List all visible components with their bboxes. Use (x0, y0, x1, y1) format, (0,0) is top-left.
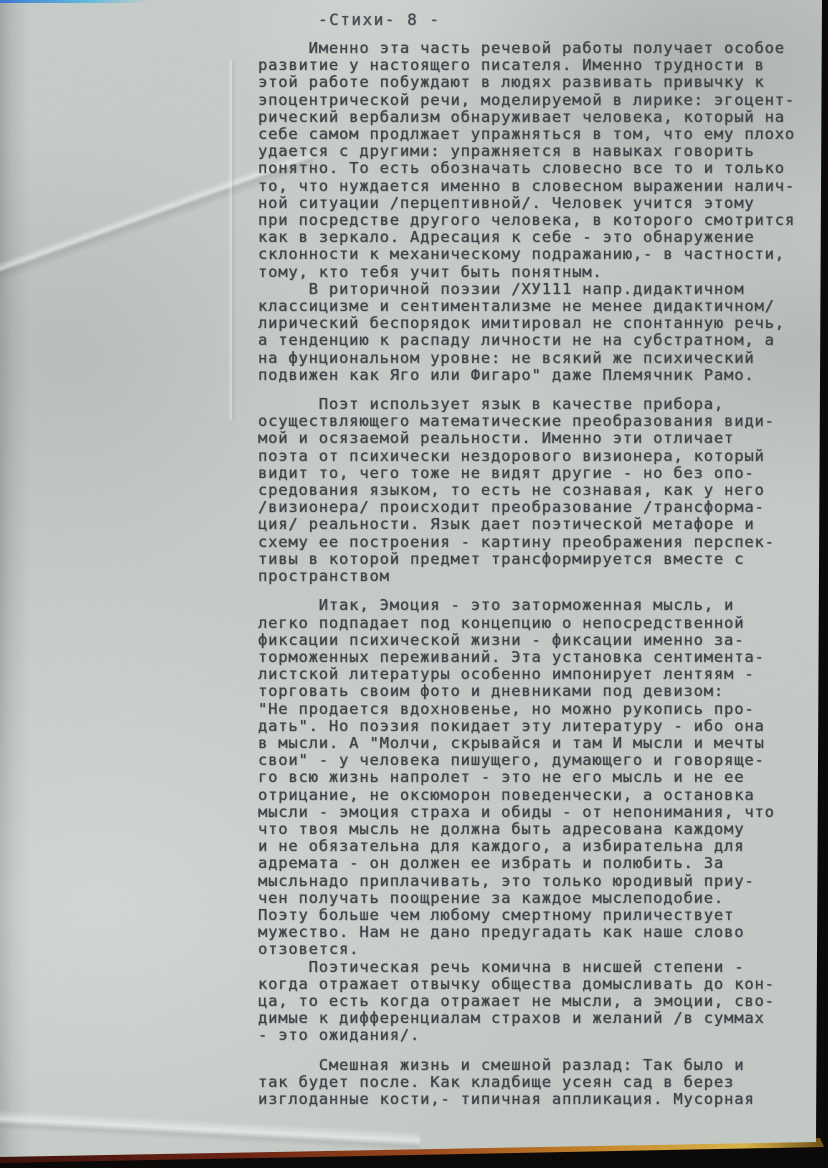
text-line: отзовется. (258, 941, 828, 958)
text-line: "Не продается вдохновенье, но можно руко… (258, 701, 828, 718)
scan-artifact (0, 0, 150, 3)
text-line: свои" - у человека пишущего, думающего и… (258, 752, 828, 769)
text-line: чен получать поощрение за каждое мыслепо… (258, 890, 828, 907)
text-line: мой и осязаемой реальности. Именно эти о… (258, 430, 828, 447)
text-line: Именно эта часть речевой работы получает… (258, 40, 828, 57)
text-line: этой работе побуждают в людях развивать … (258, 74, 828, 91)
text-line: Поэту больше чем любому смертному прилич… (258, 907, 828, 924)
text-line: как в зеркало. Адресация к себе - это об… (258, 229, 828, 246)
text-line: осуществляющего математические преобразо… (258, 413, 828, 430)
text-line: эпоцентрической речи, моделируемой в лир… (258, 92, 828, 109)
paragraph: Смешная жизнь и смешной разлад: Так было… (258, 1057, 828, 1109)
text-line: ца, то есть когда отражает не мысли, а э… (258, 993, 828, 1010)
text-line: Итак, Эмоция - это заторможенная мысль, … (258, 597, 828, 614)
text-line: при посредстве другого человека, в котор… (258, 212, 828, 229)
text-line: поэта от психически нездорового визионер… (258, 448, 828, 465)
text-line: торможенных переживаний. Эта установка с… (258, 649, 828, 666)
text-line: и не обязательна для каждого, а избирате… (258, 838, 828, 855)
text-line: /визионера/ происходит преобразование /т… (258, 499, 828, 516)
paragraph: В риторичной поэзии /ХУ111 напр.дидактич… (258, 281, 828, 384)
text-line: классицизме и сентиментализме не менее д… (258, 298, 828, 315)
text-line: Смешная жизнь и смешной разлад: Так было… (258, 1057, 828, 1074)
text-line: димые к дифференциалам страхов и желаний… (258, 1010, 828, 1027)
text-line: удается с другими: упражняется в навыках… (258, 143, 828, 160)
text-line: пространством (258, 568, 828, 585)
text-line: на фунциональном уровне: не всякий же пс… (258, 350, 828, 367)
text-line: лирический беспорядок имитировал не спон… (258, 315, 828, 332)
document-body: Именно эта часть речевой работы получает… (258, 40, 828, 1108)
paragraph: Итак, Эмоция - это заторможенная мысль, … (258, 597, 828, 958)
text-line: развитие у настоящего писателя. Именно т… (258, 57, 828, 74)
paragraph: Поэт использует язык в качестве прибора,… (258, 396, 828, 585)
text-line: листской литературы особенно импонирует … (258, 666, 828, 683)
text-line: торговать своим фото и дневниками под де… (258, 683, 828, 700)
text-line: когда отражает отвычку общества домыслив… (258, 976, 828, 993)
paragraph: Именно эта часть речевой работы получает… (258, 40, 828, 281)
text-line: В риторичной поэзии /ХУ111 напр.дидактич… (258, 281, 828, 298)
text-line: мысльнадо приплачивать, это только юроди… (258, 873, 828, 890)
text-line: тому, кто тебя учит быть понятным. (258, 264, 828, 281)
text-line: в мысли. А "Молчи, скрывайся и там И мыс… (258, 735, 828, 752)
text-line: ной ситуации /перцептивной/. Человек учи… (258, 195, 828, 212)
text-line: адремата - он должен ее избрать и полюби… (258, 855, 828, 872)
paper-fold-line (228, 60, 236, 420)
text-line: схему ее построения - картину преображен… (258, 534, 828, 551)
paragraph: Поэтическая речь комична в нисшей степен… (258, 959, 828, 1045)
text-line: то, что нуждается именно в словесном выр… (258, 178, 828, 195)
text-line: подвижен как Яго или Фигаро" даже Племяч… (258, 367, 828, 384)
text-line: средования языком, то есть не сознавая, … (258, 482, 828, 499)
text-line: Поэтическая речь комична в нисшей степен… (258, 959, 828, 976)
text-line: мужество. Нам не дано предугадать как на… (258, 924, 828, 941)
scanned-page: -Стихи- 8 - Именно эта часть речевой раб… (0, 0, 828, 1168)
text-line: склонности к механическому подражанию,- … (258, 246, 828, 263)
text-line: го всю жизнь напролет - это не его мысль… (258, 769, 828, 786)
text-line: так будет после. Как кладбище усеян сад … (258, 1074, 828, 1091)
text-line: дать". Но поэзия покидает эту литературу… (258, 718, 828, 735)
text-line: Поэт использует язык в качестве прибора, (258, 396, 828, 413)
text-line: отрицание, не оксюморон поведенчески, а … (258, 787, 828, 804)
text-line: ция/ реальности. Язык дает поэтической м… (258, 516, 828, 533)
text-line: легко подпадает под концепцию о непосред… (258, 615, 828, 632)
page-title: -Стихи- 8 - (318, 10, 440, 29)
text-line: изглоданные кости,- типичная аппликация.… (258, 1091, 828, 1108)
text-line: видит то, чего тоже не видят другие - но… (258, 465, 828, 482)
text-line: рический вербализм обнаруживает человека… (258, 109, 828, 126)
text-line: а тенденцию к распаду личности не на суб… (258, 332, 828, 349)
text-line: себе самом продлжает упражняться в том, … (258, 126, 828, 143)
text-line: фиксации психической жизни - фиксации им… (258, 632, 828, 649)
text-line: - это ожидания/. (258, 1027, 828, 1044)
text-line: понятно. То есть обозначать словесно все… (258, 160, 828, 177)
text-line: мысли - эмоция страха и обиды - от непон… (258, 804, 828, 821)
text-line: что твоя мысль не должна быть адресована… (258, 821, 828, 838)
text-line: тивы в которой предмет трансформируется … (258, 551, 828, 568)
